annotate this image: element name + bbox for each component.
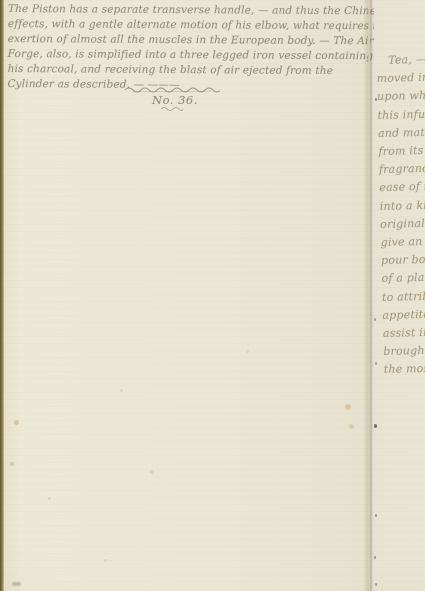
edge-speck <box>375 514 377 517</box>
manuscript-left-page: The Piston has a separate transverse han… <box>4 0 366 591</box>
manuscript-paragraph: The Piston has a separate transverse han… <box>7 2 364 94</box>
foxing-spot <box>104 559 107 562</box>
facing-line: Tea, — s <box>376 47 425 71</box>
edge-speck <box>375 583 377 586</box>
foxing-spot <box>120 389 123 392</box>
foxing-spot <box>349 424 354 429</box>
foxing-spot <box>14 420 19 425</box>
facing-page-strip: Tea, — s moved in f upon which this infu… <box>374 0 425 591</box>
edge-speck <box>375 362 377 365</box>
entry-number-underline <box>160 106 184 112</box>
entry-number: No. 36. <box>152 93 198 107</box>
edge-speck <box>374 556 376 559</box>
foxing-spot <box>150 470 154 474</box>
foxing-spot <box>10 462 14 466</box>
facing-page-text: Tea, — s moved in f upon which this infu… <box>376 47 425 380</box>
foxing-spot <box>345 404 351 410</box>
edge-speck <box>374 424 377 428</box>
corner-smudge <box>12 582 21 586</box>
foxing-spot <box>48 497 51 500</box>
edge-speck <box>374 318 376 321</box>
manuscript-photo: The Piston has a separate transverse han… <box>0 0 425 591</box>
foxing-spot <box>246 350 249 353</box>
